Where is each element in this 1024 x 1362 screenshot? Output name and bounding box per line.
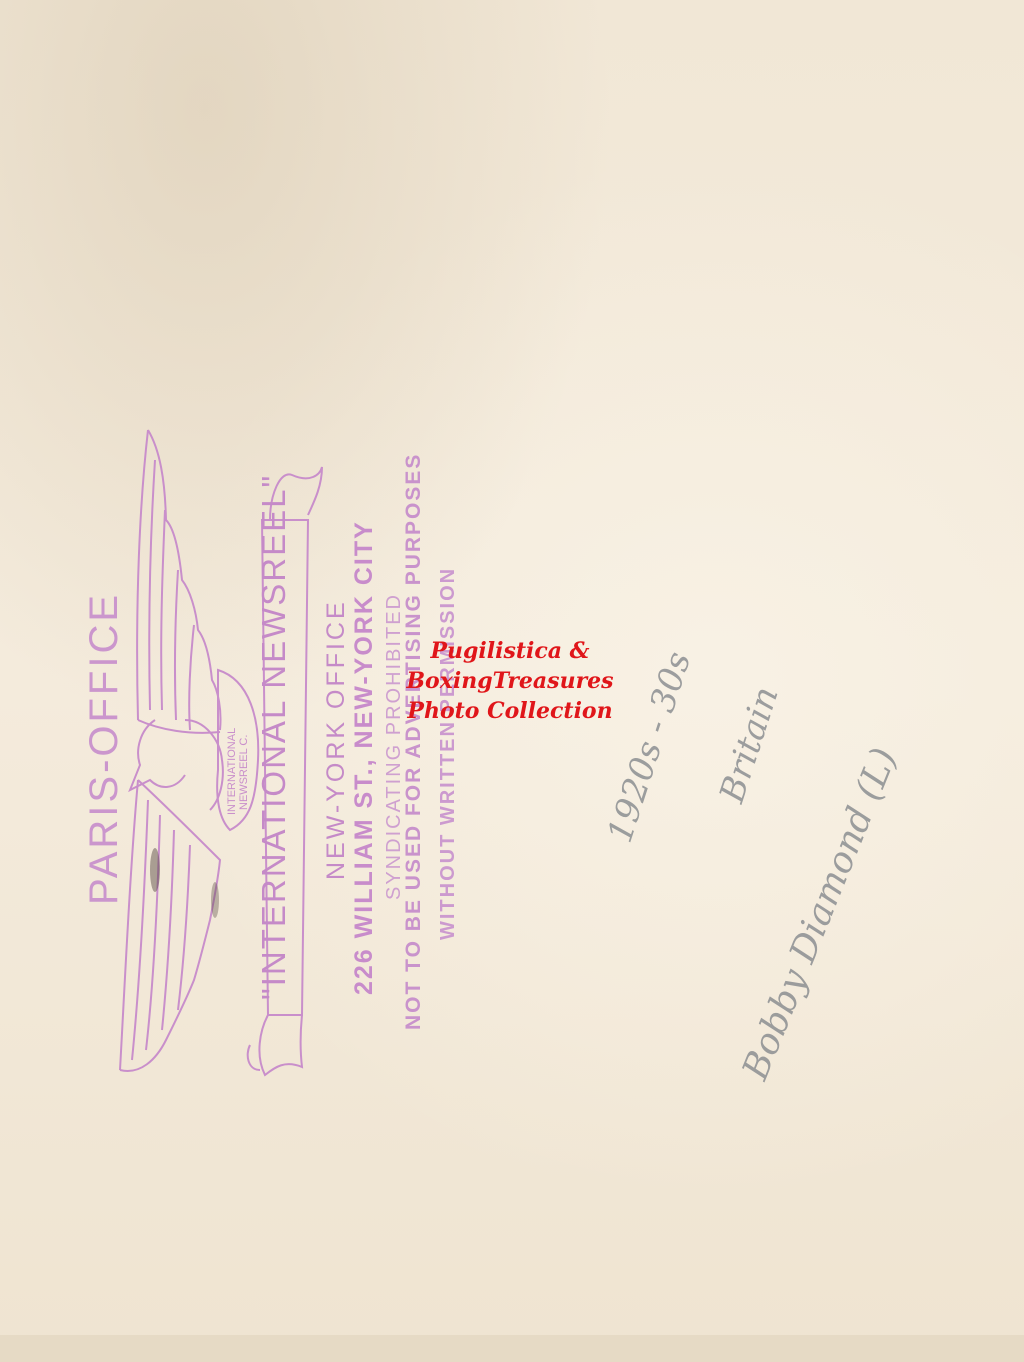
newsreel-banner-text: "INTERNATIONAL NEWSREEL"	[255, 474, 293, 1000]
paris-office-stamp: PARIS-OFFICE	[82, 592, 127, 905]
watermark-line-3: Photo Collection	[400, 696, 620, 726]
watermark-line-1: Pugilistica &	[400, 636, 620, 666]
watermark-line-2: BoxingTreasures	[400, 666, 620, 696]
paper-edge-strip	[0, 1335, 1024, 1362]
not-for-advertising-text: NOT TO BE USED FOR ADVERTISING PURPOSES	[402, 453, 426, 1030]
collection-watermark: Pugilistica & BoxingTreasures Photo Coll…	[400, 636, 620, 726]
ny-office-text: NEW-YORK OFFICE	[322, 599, 351, 880]
address-text: 226 WILLIAM ST., NEW-YORK CITY	[350, 520, 379, 995]
without-permission-text: WITHOUT WRITTEN PERMISSION	[437, 567, 460, 940]
